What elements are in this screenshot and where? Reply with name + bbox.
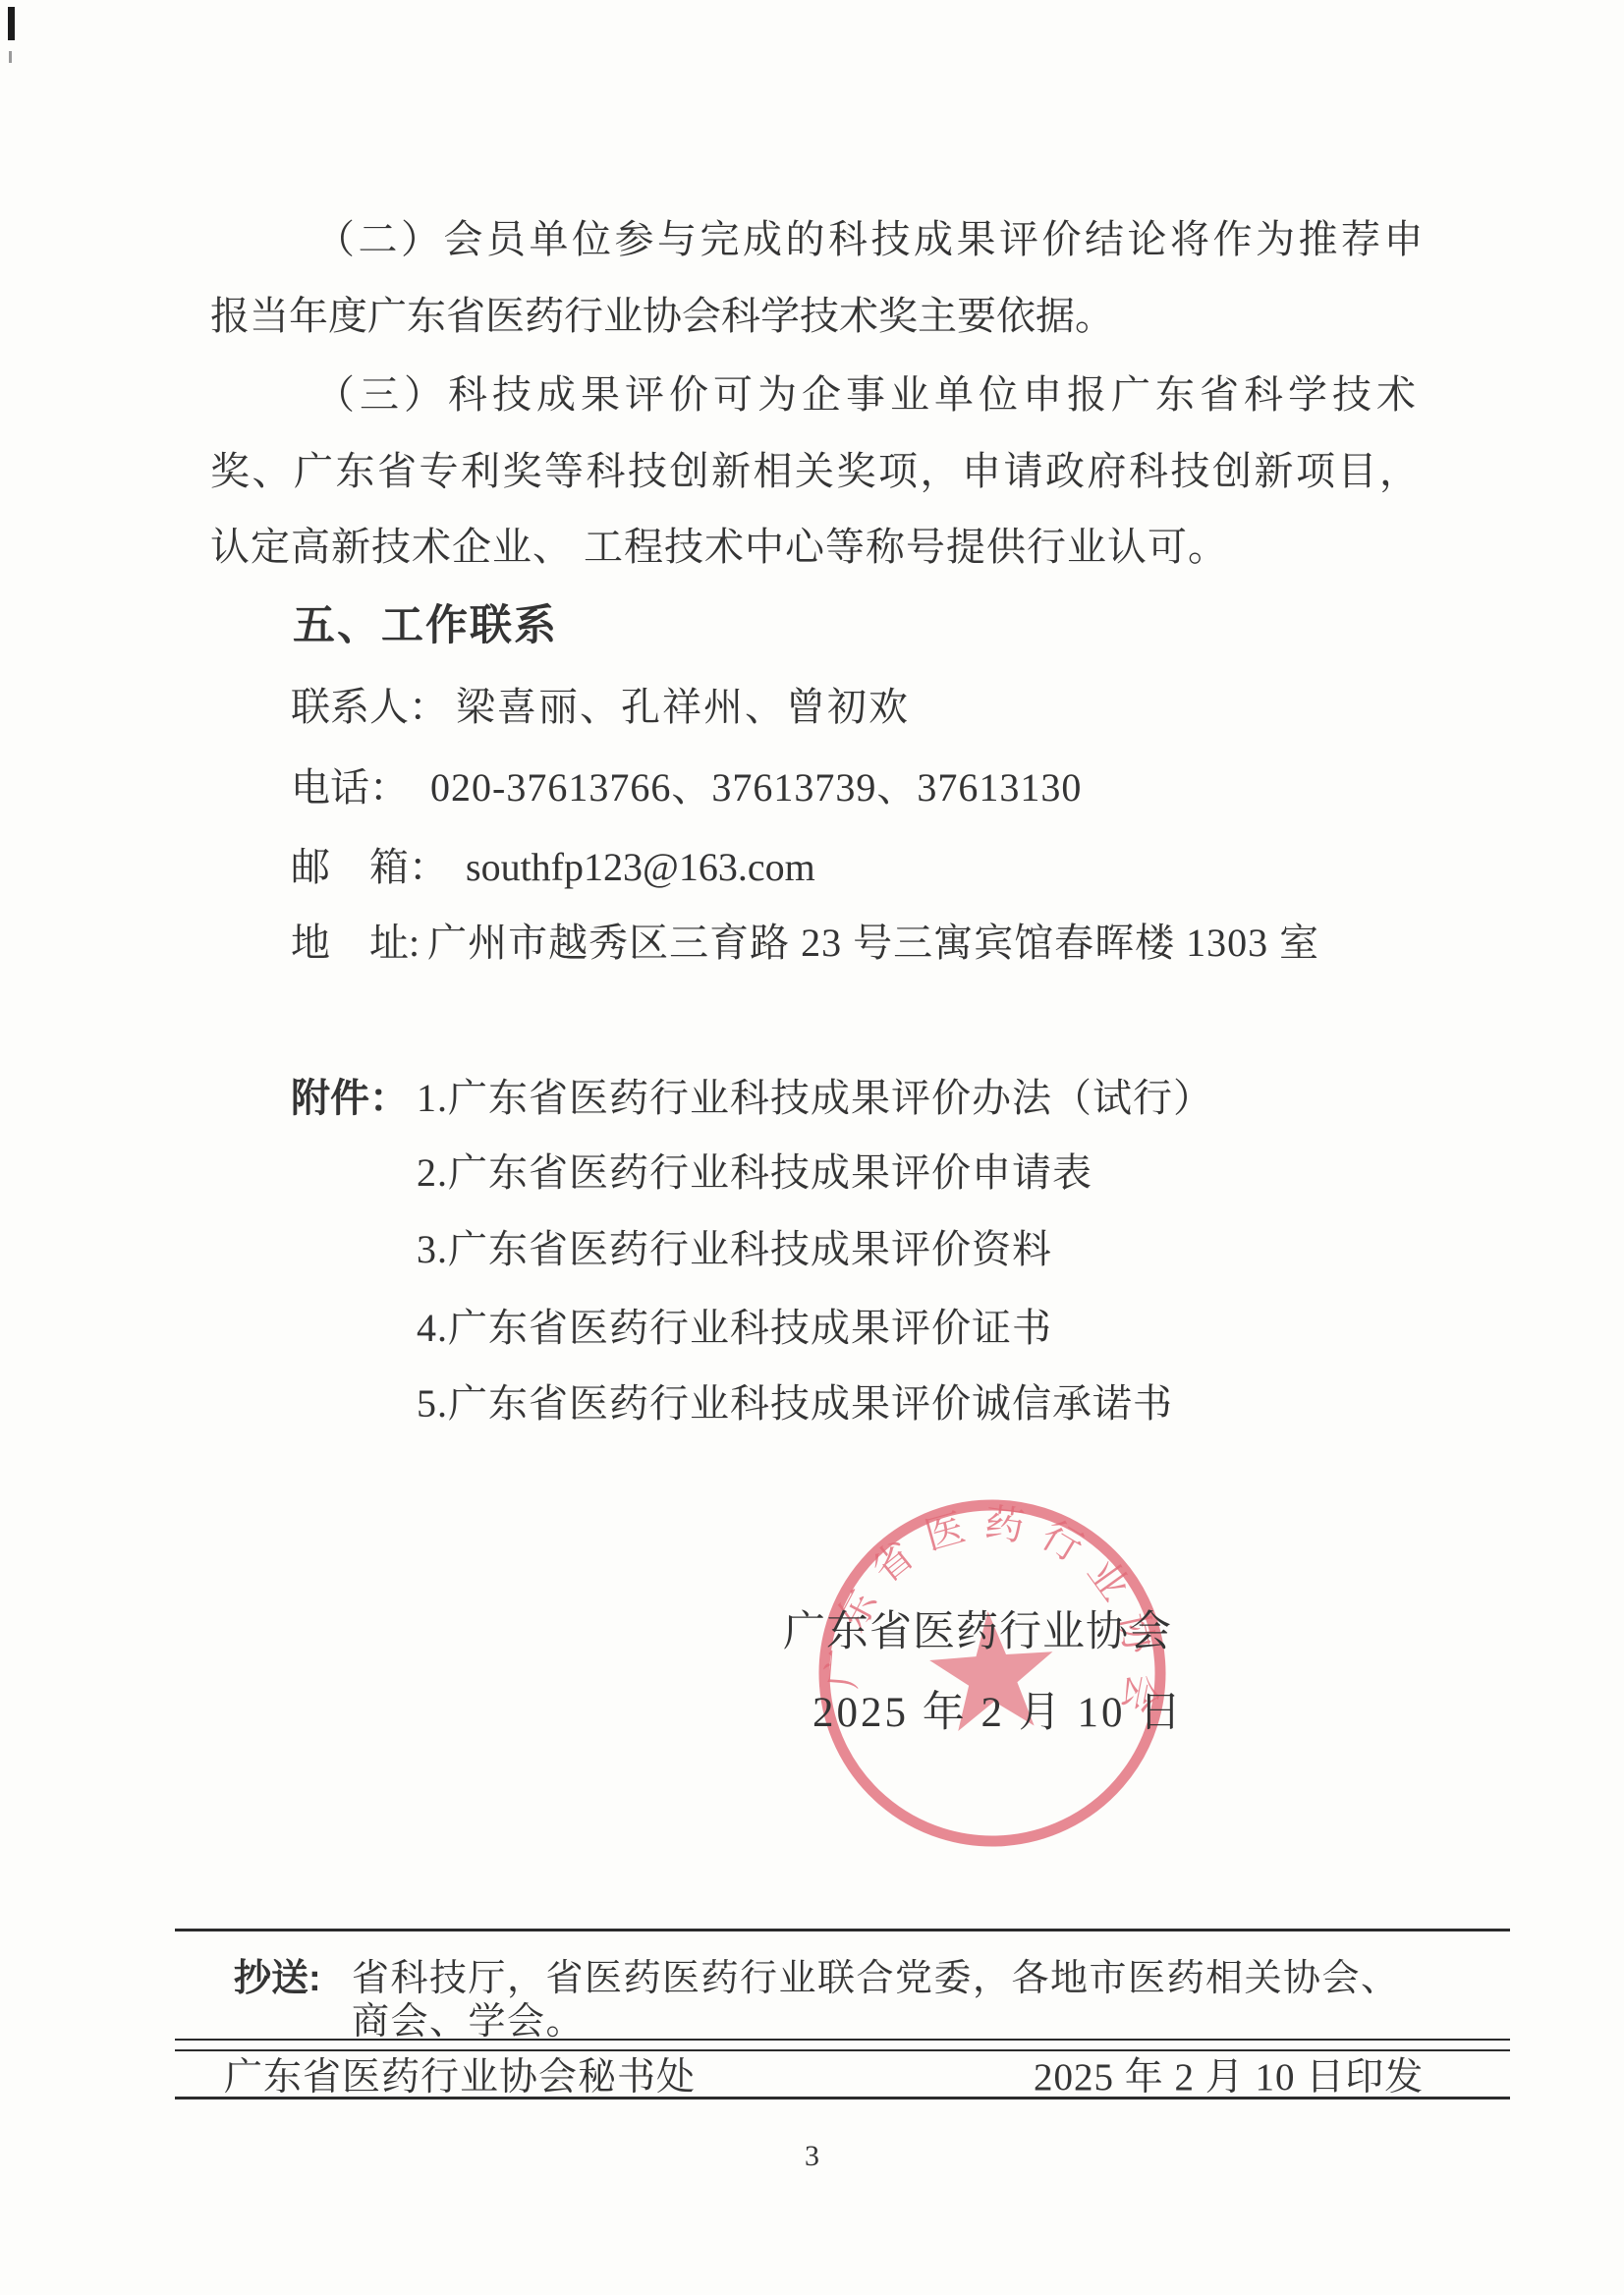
paragraph-2-line-1: （二）会员单位参与完成的科技成果评价结论将作为推荐申 xyxy=(315,218,1427,261)
paragraph-3-line-2: 奖、广东省专利奖等科技创新相关奖项，申请政府科技创新项目， xyxy=(210,450,1422,493)
cc-line-2: 商会、学会。 xyxy=(352,2002,585,2043)
paragraph-2-line-2: 报当年度广东省医药行业协会科学技术奖主要依据。 xyxy=(210,295,1114,338)
contact-address-value: 广州市越秀区三育路 23 号三寓宾馆春晖楼 1303 室 xyxy=(427,922,1319,965)
scan-artifact-mark xyxy=(8,7,15,40)
contact-phone-row: 电话： 020-37613766、37613739、37613130 xyxy=(291,766,1082,810)
contact-person-label: 联系人： xyxy=(291,686,448,729)
contact-email-label: 邮 箱： xyxy=(291,846,448,889)
contact-email-row: 邮 箱： southfp123@163.com xyxy=(291,846,815,889)
cc-line-1: 省科技厅，省医药医药行业联合党委，各地市医药相关协会、 xyxy=(352,1959,1400,2000)
footer-top-rule xyxy=(175,1929,1510,1931)
association-seal-stamp: 广东省医药行业协会 xyxy=(793,1474,1192,1873)
signature-org: 广东省医药行业协会 xyxy=(783,1609,1172,1655)
contact-email-value: southfp123@163.com xyxy=(466,846,815,889)
attachment-item-4: 4.广东省医药行业科技成果评价证书 xyxy=(417,1307,1052,1350)
paragraph-3-line-3: 认定高新技术企业、 工程技术中心等称号提供行业认可。 xyxy=(210,526,1228,569)
document-page: （二）会员单位参与完成的科技成果评价结论将作为推荐申 报当年度广东省医药行业协会… xyxy=(0,0,1624,2295)
contact-address-row: 地 址: 广州市越秀区三育路 23 号三寓宾馆春晖楼 1303 室 xyxy=(291,922,1319,965)
attachment-item-5: 5.广东省医药行业科技成果评价诚信承诺书 xyxy=(417,1382,1173,1426)
footer-mid-rule-upper xyxy=(175,2039,1510,2041)
paragraph-3-line-1: （三）科技成果评价可为企事业单位申报广东省科学技术 xyxy=(315,373,1421,417)
footer-print-date: 2025 年 2 月 10 日印发 xyxy=(1034,2057,1424,2099)
contact-address-label: 地 址: xyxy=(291,922,420,965)
footer-issuer: 广东省医药行业协会秘书处 xyxy=(224,2057,696,2099)
scan-artifact-dot xyxy=(9,51,12,63)
contact-person-value: 梁喜丽、孔祥州、曾初欢 xyxy=(456,686,910,729)
signature-date: 2025 年 2 月 10 日 xyxy=(812,1690,1184,1736)
page-number: 3 xyxy=(0,2140,1624,2173)
attachments-label: 附件： xyxy=(291,1077,409,1120)
footer-bottom-rule xyxy=(175,2097,1510,2099)
contact-phone-label: 电话： xyxy=(291,766,409,810)
cc-label: 抄送: xyxy=(234,1959,321,2000)
attachment-item-2: 2.广东省医药行业科技成果评价申请表 xyxy=(417,1151,1092,1195)
attachment-item-1: 1.广东省医药行业科技成果评价办法（试行） xyxy=(417,1077,1213,1120)
contact-phone-value: 020-37613766、37613739、37613130 xyxy=(430,766,1082,810)
footer-mid-rule-lower xyxy=(175,2049,1510,2051)
attachment-item-3: 3.广东省医药行业科技成果评价资料 xyxy=(417,1228,1052,1271)
section-5-heading: 五、工作联系 xyxy=(293,603,558,649)
contact-person-row: 联系人： 梁喜丽、孔祥州、曾初欢 xyxy=(291,686,910,729)
